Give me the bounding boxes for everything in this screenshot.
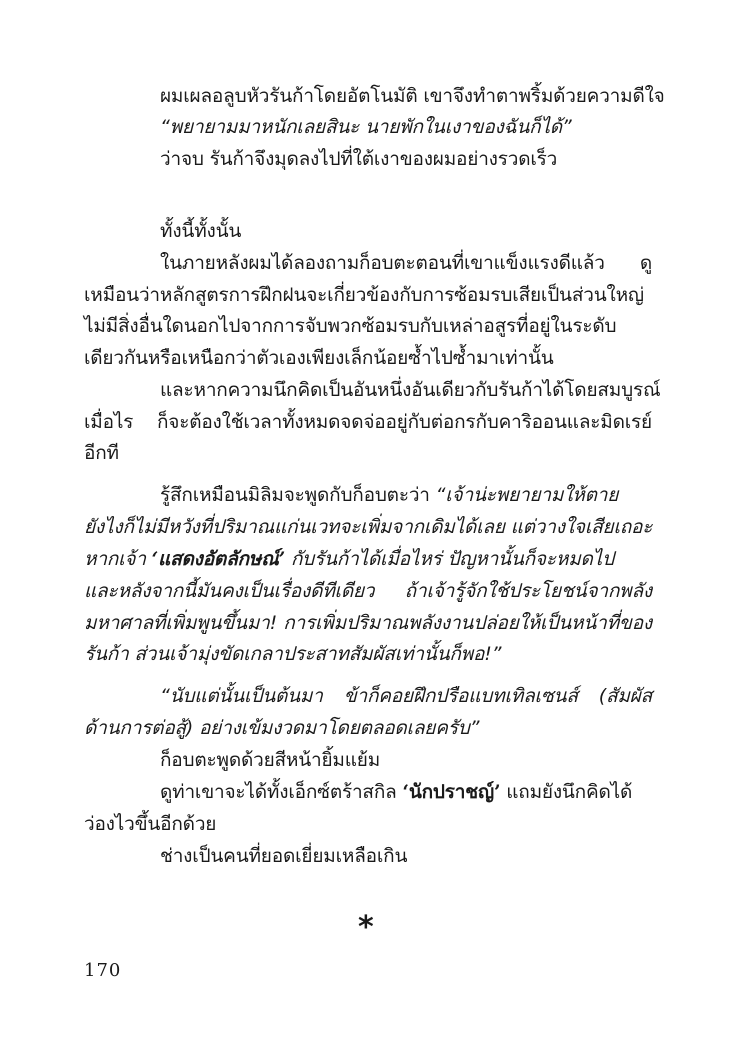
dialogue-line: หากเจ้า ‘แสดงอัตลักษณ์’ กับรันก้าได้เมื่… — [84, 547, 652, 571]
text-line: เดียวกันหรือเหนือกว่าตัวเองเพียงเล็กน้อย… — [84, 346, 652, 370]
text-line: ในภายหลังผมได้ลองถามก็อบตะตอนที่เขาแข็งแ… — [160, 251, 652, 275]
text-span: หากเจ้า — [84, 548, 152, 570]
text-span: แถมยังนึกคิดได้ — [500, 781, 632, 803]
text-line: ช่างเป็นคนที่ยอดเยี่ยมเหลือเกิน — [160, 844, 652, 868]
dialogue-line: มหาศาลที่เพิ่มพูนขึ้นมา! การเพิ่มปริมาณพ… — [84, 611, 652, 635]
dialogue-line: ยังไงก็ไม่มีหวังที่ปริมาณแก่นเวทจะเพิ่มจ… — [84, 515, 652, 539]
text-line: ดูท่าเขาจะได้ทั้งเอ็กซ์ตร้าสกิล ‘นักปราช… — [160, 780, 652, 804]
dialogue-span: “เจ้าน่ะพยายามให้ตาย — [436, 484, 619, 506]
text-line: เหมือนว่าหลักสูตรการฝึกฝนจะเกี่ยวข้องกับ… — [84, 283, 652, 307]
dialogue-line: รันก้า ส่วนเจ้ามุ่งขัดเกลาประสาทสัมผัสเท… — [84, 642, 652, 666]
text-span: รู้สึกเหมือนมิลิมจะพูดกับก็อบตะว่า — [160, 484, 436, 506]
dialogue-line: “พยายามมาหนักเลยสินะ นายพักในเงาของฉันก็… — [160, 115, 652, 139]
dialogue-line: ด้านการต่อสู้) อย่างเข้มงวดมาโดยตลอดเลยค… — [84, 716, 652, 740]
dialogue-line: “นับแต่นั้นเป็นต้นมา ข้าก็คอยฝึกปรือแบทเ… — [160, 684, 652, 708]
text-line: ผมเผลอลูบหัวรันก้าโดยอัตโนมัติ เขาจึงทำต… — [160, 84, 652, 108]
text-span: ดูท่าเขาจะได้ทั้งเอ็กซ์ตร้าสกิล — [160, 781, 402, 803]
bold-term: ‘นักปราชญ์’ — [402, 781, 500, 803]
text-line: และหากความนึกคิดเป็นอันหนึ่งอันเดียวกับร… — [160, 378, 652, 402]
text-line: ทั้งนี้ทั้งนั้น — [160, 219, 652, 243]
text-line: เมื่อไร ก็จะต้องใช้เวลาทั้งหมดจดจ่ออยู่ก… — [84, 410, 652, 434]
text-line: รู้สึกเหมือนมิลิมจะพูดกับก็อบตะว่า “เจ้า… — [160, 483, 652, 507]
text-span: กับรันก้าได้เมื่อไหร่ ปัญหานั้นก็จะหมดไป — [285, 548, 614, 570]
text-line: ว่าจบ รันก้าจึงมุดลงไปที่ใต้เงาของผมอย่า… — [160, 147, 652, 171]
page-number: 170 — [84, 960, 121, 981]
book-page: ผมเผลอลูบหัวรันก้าโดยอัตโนมัติ เขาจึงทำต… — [0, 0, 738, 1051]
dialogue-line: และหลังจากนี้มันคงเป็นเรื่องดีทีเดียว ถ้… — [84, 579, 652, 603]
text-line: ไม่มีสิ่งอื่นใดนอกไปจากการจับพวกซ้อมรบกั… — [84, 314, 652, 338]
text-line: ก็อบตะพูดด้วยสีหน้ายิ้มแย้ม — [160, 748, 652, 772]
bold-term: ‘แสดงอัตลักษณ์’ — [152, 548, 285, 570]
text-line: ว่องไวขึ้นอีกด้วย — [84, 812, 652, 836]
section-break-asterisk: * — [358, 910, 374, 945]
text-line: อีกที — [84, 441, 652, 465]
